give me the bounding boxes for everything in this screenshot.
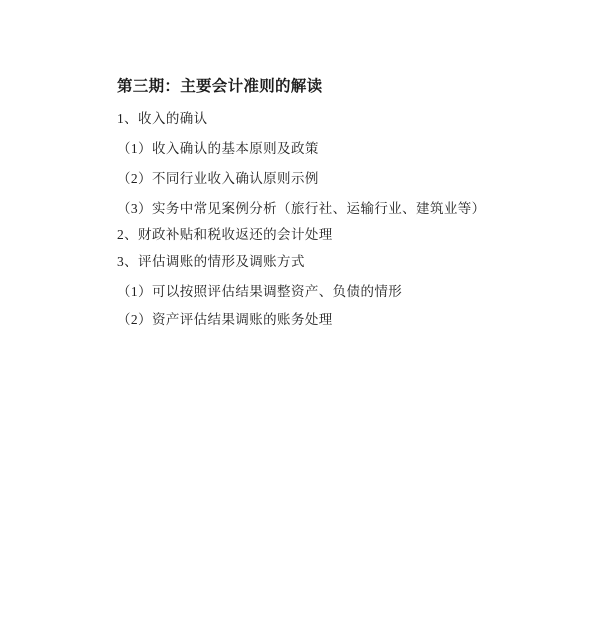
document-title: 第三期：主要会计准则的解读 [117,78,537,96]
outline-item-1: 1、收入的确认 [117,110,537,127]
outline-subitem-3-2: （2）资产评估结果调账的账务处理 [117,311,537,328]
outline-item-2: 2、财政补贴和税收返还的会计处理 [117,226,537,243]
outline-subitem-1-2: （2）不同行业收入确认原则示例 [117,170,537,187]
document-page: 第三期：主要会计准则的解读 1、收入的确认 （1）收入确认的基本原则及政策 （2… [0,0,594,635]
outline-subitem-1-3: （3）实务中常见案例分析（旅行社、运输行业、建筑业等） [117,200,537,217]
outline-subitem-1-1: （1）收入确认的基本原则及政策 [117,140,537,157]
outline-item-3: 3、评估调账的情形及调账方式 [117,253,537,270]
document-content: 第三期：主要会计准则的解读 1、收入的确认 （1）收入确认的基本原则及政策 （2… [117,78,537,328]
outline-subitem-3-1: （1）可以按照评估结果调整资产、负债的情形 [117,283,537,300]
